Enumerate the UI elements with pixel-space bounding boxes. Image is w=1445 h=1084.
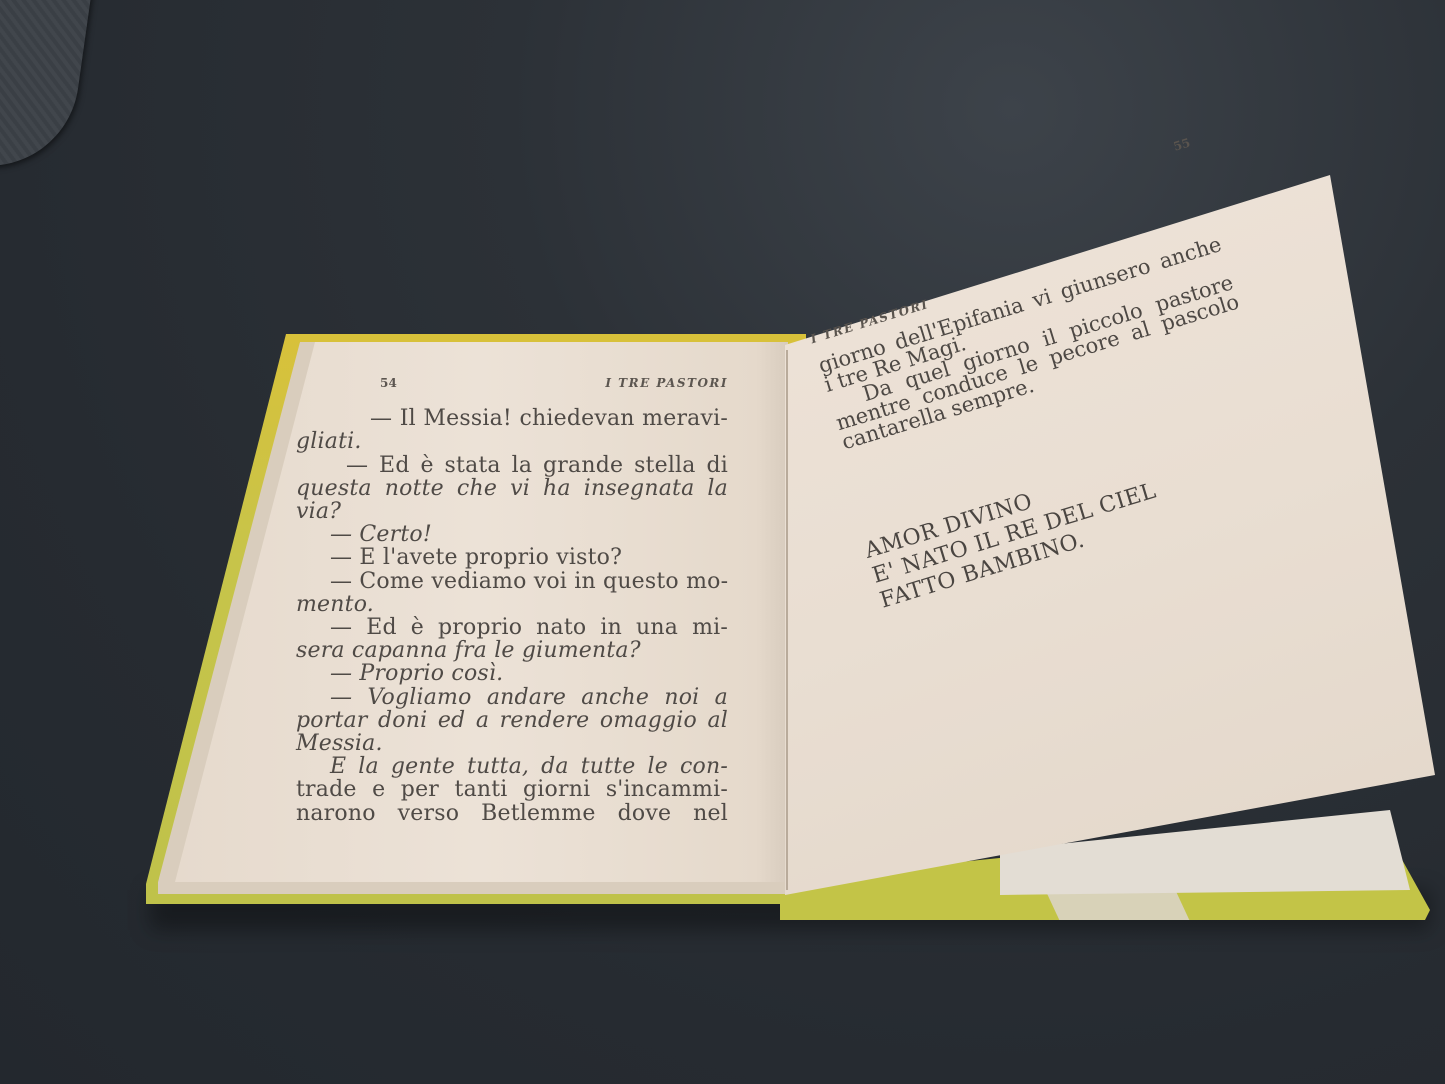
text-line: trade e per tanti giorni s'incammi-	[296, 778, 728, 801]
text-line: portar doni ed a rendere omaggio al	[296, 709, 728, 732]
text-line: — Ed è stata la grande stella di	[296, 454, 728, 477]
left-page-text: 54 I TRE PASTORI — Il Messia! chiedevan …	[296, 372, 728, 825]
text-line: — E l'avete proprio visto?	[296, 546, 728, 569]
text-line: E la gente tutta, da tutte le con-	[296, 755, 728, 778]
text-line: — Come vediamo voi in questo mo-	[296, 570, 728, 593]
text-line: via?	[296, 500, 728, 523]
book-gutter	[786, 350, 788, 890]
text-line: questa notte che vi ha insegnata la	[296, 477, 728, 500]
text-line: — Certo!	[296, 523, 728, 546]
text-line: — Vogliamo andare anche noi a	[296, 686, 728, 709]
text-line: narono verso Betlemme dove nel	[296, 802, 728, 825]
text-line: — Proprio così.	[296, 662, 728, 685]
text-line: gliati.	[296, 430, 728, 453]
right-page-number: 55	[1171, 133, 1193, 157]
left-page-number: 54	[380, 372, 397, 395]
text-line: — Ed è proprio nato in una mi-	[296, 616, 728, 639]
text-line: Messia.	[296, 732, 728, 755]
text-line: mento.	[296, 593, 728, 616]
mat-corner	[0, 0, 93, 177]
left-page-header: 54 I TRE PASTORI	[296, 372, 728, 395]
left-running-title: I TRE PASTORI	[605, 372, 728, 395]
text-line: sera capanna fra le giumenta?	[296, 639, 728, 662]
text-line: — Il Messia! chiedevan meravi-	[296, 407, 728, 430]
